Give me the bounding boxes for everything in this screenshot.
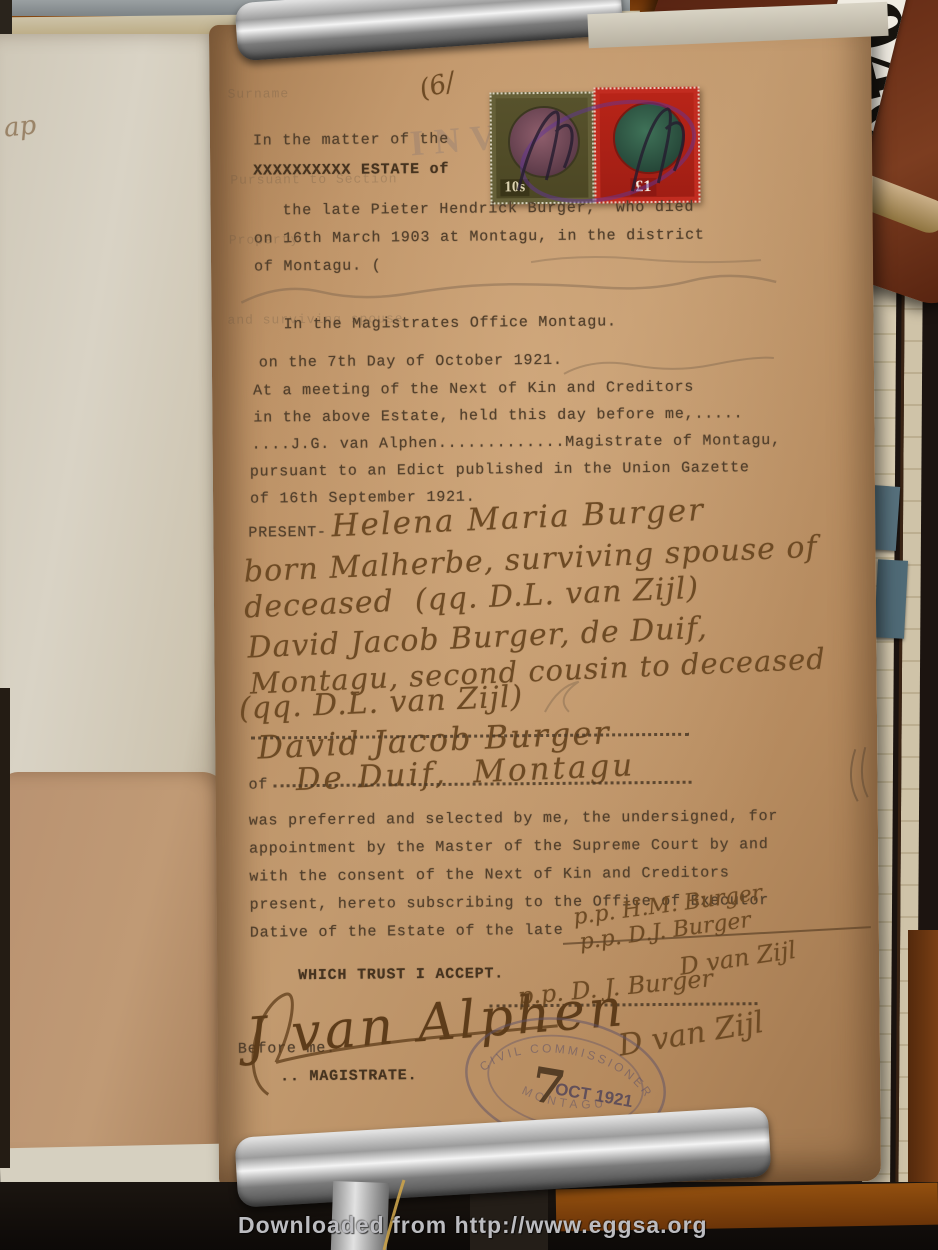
trust-line: WHICH TRUST I ACCEPT. <box>298 965 504 984</box>
magistrate-label: .. MAGISTRATE. <box>280 1067 417 1085</box>
meeting-line: on the 7th Day of October 1921. <box>259 352 563 372</box>
of-label: of <box>249 776 269 793</box>
folded-white-page: ap <box>0 34 232 790</box>
signature-underline <box>557 919 877 952</box>
website-watermark: Downloaded from http://www.eggsa.org <box>238 1212 708 1239</box>
document-page: Surname Pursuant to Section Property and… <box>209 19 881 1187</box>
folded-brown-page <box>0 772 228 1160</box>
body-line: Dative of the Estate of the late <box>250 922 564 942</box>
shadow-edge <box>0 688 10 1168</box>
ink-fragment: ap <box>3 110 38 143</box>
meeting-line: In the Magistrates Office Montagu. <box>283 313 616 333</box>
blue-file-tab <box>874 559 908 638</box>
present-label: PRESENT- <box>248 524 327 542</box>
archival-photo: ap ce 946 Surname Pursuant to Section Pr… <box>0 0 938 1250</box>
